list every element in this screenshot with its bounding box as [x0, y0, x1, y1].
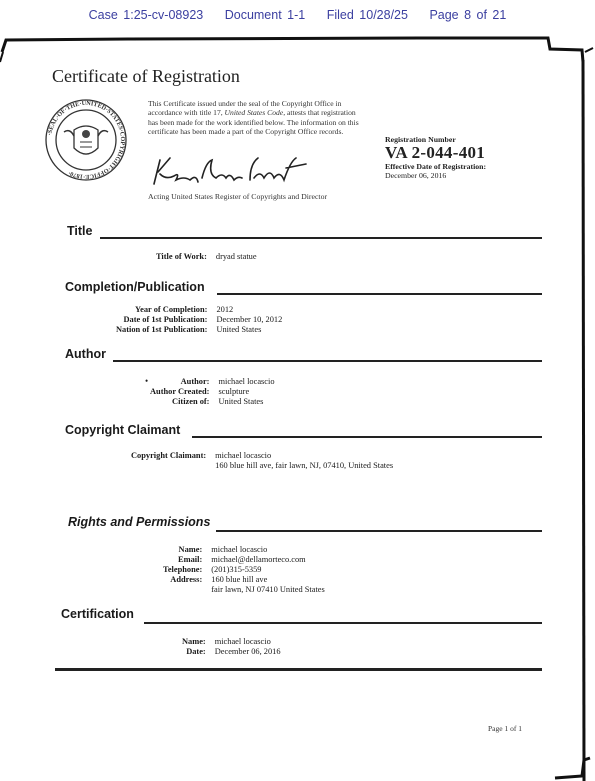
claimant-fields: Copyright Claimant:michael locascio 160 … [131, 451, 393, 471]
registration-number: VA 2-044-401 [385, 144, 486, 162]
certificate-page-number: Page 1 of 1 [488, 724, 522, 733]
section-certification-heading: Certification [61, 607, 134, 621]
certificate-title: Certificate of Registration [52, 66, 240, 87]
claimant-name-value: michael locascio [215, 451, 393, 461]
section-rights-heading: Rights and Permissions [68, 515, 210, 529]
first-publication-date-value: December 10, 2012 [216, 315, 282, 325]
copyright-office-seal-icon: ·SEAL·OF·THE·UNITED·STATES·COPYRIGHT·OFF… [44, 98, 128, 182]
field-label: Date of 1st Publication: [116, 315, 216, 325]
rights-email-value: michael@dellamorteco.com [211, 555, 325, 565]
field-label [131, 461, 215, 471]
author-created-value: sculpture [218, 387, 274, 397]
bullet-icon: • [145, 376, 148, 386]
effective-date: December 06, 2016 [385, 171, 486, 180]
field-label: Telephone: [163, 565, 211, 575]
field-label: Author Created: [150, 387, 218, 397]
field-label: Nation of 1st Publication: [116, 325, 216, 335]
field-label [163, 585, 211, 595]
field-label: Date: [182, 647, 215, 657]
field-label: Name: [163, 545, 211, 555]
field-label: Name: [182, 637, 215, 647]
section-completion-heading: Completion/Publication [65, 280, 205, 294]
rights-address-line1: 160 blue hill ave [211, 575, 325, 585]
claimant-address-value: 160 blue hill ave, fair lawn, NJ, 07410,… [215, 461, 393, 471]
section-divider [192, 436, 542, 438]
signer-title: Acting United States Register of Copyrig… [148, 192, 327, 201]
rights-address-line2: fair lawn, NJ 07410 United States [211, 585, 325, 595]
section-divider [113, 360, 542, 362]
rights-name-value: michael locascio [211, 545, 325, 555]
title-fields: Title of Work: dryad statue [156, 252, 257, 262]
section-divider [216, 530, 542, 532]
registration-block: Registration Number VA 2-044-401 Effecti… [385, 135, 486, 180]
certification-name-value: michael locascio [215, 637, 281, 647]
year-of-completion-value: 2012 [216, 305, 282, 315]
section-claimant-heading: Copyright Claimant [65, 423, 180, 437]
citizenship-value: United States [218, 397, 274, 407]
field-label: Email: [163, 555, 211, 565]
certification-fields: Name:michael locascio Date:December 06, … [182, 637, 281, 657]
field-label: Title of Work: [156, 252, 216, 262]
field-label: Address: [163, 575, 211, 585]
rights-telephone-value: (201)315-5359 [211, 565, 325, 575]
section-author-heading: Author [65, 347, 106, 361]
field-label: Year of Completion: [116, 305, 216, 315]
publication-nation-value: United States [216, 325, 282, 335]
certificate-statement: This Certificate issued under the seal o… [148, 99, 363, 137]
section-divider [144, 622, 542, 624]
effective-date-label: Effective Date of Registration: [385, 162, 486, 171]
bottom-divider [55, 668, 542, 671]
section-divider [100, 237, 542, 239]
field-label: Copyright Claimant: [131, 451, 215, 461]
completion-fields: Year of Completion:2012 Date of 1st Publ… [116, 305, 282, 335]
author-fields: Author:michael locascio Author Created:s… [150, 377, 275, 407]
author-name-value: michael locascio [218, 377, 274, 387]
section-divider [217, 293, 542, 295]
field-label: Author: [150, 377, 218, 387]
section-title-heading: Title [67, 224, 92, 238]
field-label: Citizen of: [150, 397, 218, 407]
signature-image [146, 150, 316, 192]
certification-date-value: December 06, 2016 [215, 647, 281, 657]
title-of-work-value: dryad statue [216, 252, 257, 262]
rights-fields: Name:michael locascio Email:michael@dell… [163, 545, 325, 595]
